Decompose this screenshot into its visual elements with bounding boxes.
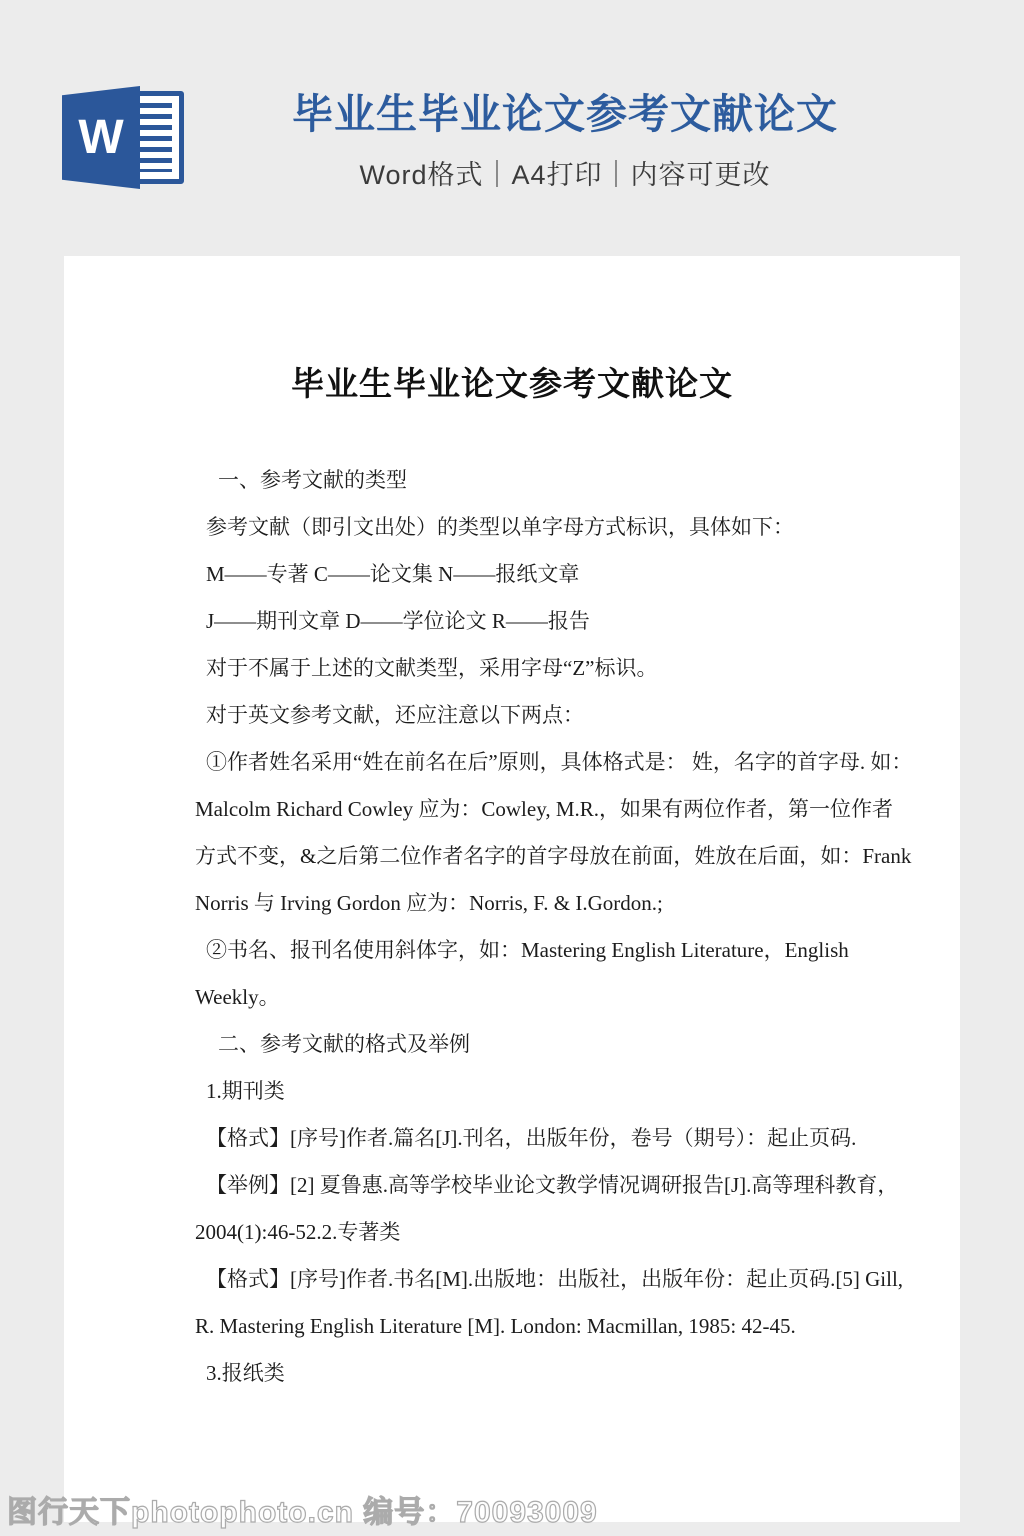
doc-line: 1.期刊类 [195,1068,830,1115]
document-body: 一、参考文献的类型 参考文献（即引文出处）的类型以单字母方式标识，具体如下： M… [195,457,830,1397]
doc-line: 参考文献（即引文出处）的类型以单字母方式标识，具体如下： [195,504,830,551]
doc-line: 对于不属于上述的文献类型，采用字母“Z”标识。 [195,645,830,692]
document-page: 毕业生毕业论文参考文献论文 一、参考文献的类型 参考文献（即引文出处）的类型以单… [64,256,960,1522]
doc-line: 【格式】[序号]作者.书名[M].出版地：出版社，出版年份：起止页码.[5] G… [195,1256,830,1303]
doc-line: 二、参考文献的格式及举例 [195,1021,830,1068]
doc-line: J——期刊文章 D——学位论文 R——报告 [195,598,830,645]
doc-line: 一、参考文献的类型 [195,457,830,504]
doc-line: M——专著 C——论文集 N——报纸文章 [195,551,830,598]
doc-line: 【格式】[序号]作者.篇名[J].刊名，出版年份，卷号（期号）：起止页码. [195,1115,830,1162]
doc-line: ②书名、报刊名使用斜体字，如：Mastering English Literat… [195,927,830,974]
doc-line: Malcolm Richard Cowley 应为：Cowley, M.R.，如… [195,786,830,833]
doc-line: R. Mastering English Literature [M]. Lon… [195,1303,830,1350]
doc-line: Norris 与 Irving Gordon 应为：Norris, F. & I… [195,880,830,927]
word-icon-letter: W [78,114,123,162]
doc-line: 方式不变，&之后第二位作者名字的首字母放在前面，姓放在后面，如：Frank [195,833,830,880]
template-subtitle: Word格式｜A4打印｜内容可更改 [190,153,940,192]
doc-line: 3.报纸类 [195,1350,830,1397]
header-text-block: 毕业生毕业论文参考文献论文 Word格式｜A4打印｜内容可更改 [190,90,940,192]
word-icon-front-panel: W [62,86,140,189]
doc-line: 对于英文参考文献，还应注意以下两点： [195,692,830,739]
doc-line: Weekly。 [195,974,830,1021]
doc-line: 2004(1):46-52.2.专著类 [195,1209,830,1256]
doc-line: 【举例】[2] 夏鲁惠.高等学校毕业论文教学情况调研报告[J].高等理科教育， [195,1162,830,1209]
document-title: 毕业生毕业论文参考文献论文 [64,362,960,408]
preview-header: W 毕业生毕业论文参考文献论文 Word格式｜A4打印｜内容可更改 [0,0,1024,256]
doc-line: ①作者姓名采用“姓在前名在后”原则，具体格式是： 姓，名字的首字母. 如： [195,739,830,786]
template-title: 毕业生毕业论文参考文献论文 [190,90,940,139]
word-logo-icon: W [62,86,184,189]
watermark: 图行天下photophoto.cn 编号：70093009 [7,1487,598,1531]
